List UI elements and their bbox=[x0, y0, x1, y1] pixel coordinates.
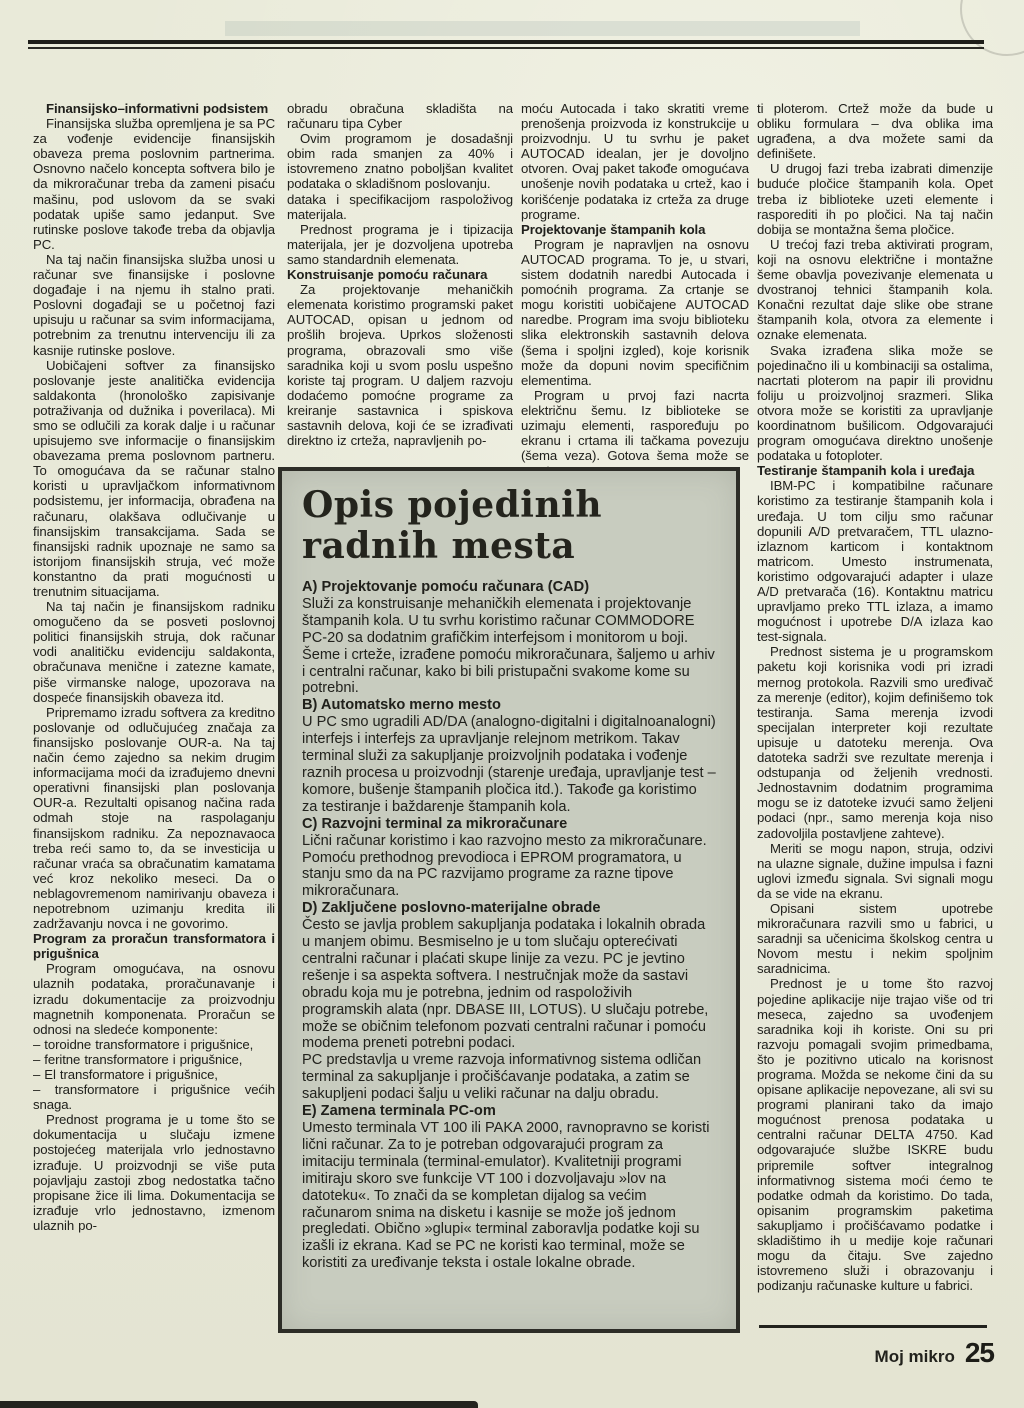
feature-section-heading: B) Automatsko merno mesto bbox=[302, 697, 716, 714]
paragraph: Ovim programom je dosadašnji obim rada s… bbox=[287, 131, 513, 191]
feature-box-section-b: B) Automatsko merno mesto U PC smo ugrad… bbox=[302, 697, 716, 815]
paragraph: ti ploterom. Crtež može da bude u obliku… bbox=[757, 101, 993, 161]
top-rule-thick bbox=[28, 40, 984, 44]
column-3: moću Autocada i tako skratiti vreme pren… bbox=[521, 101, 749, 485]
feature-box-title: Opis pojedinih radnih mesta bbox=[302, 485, 716, 567]
list-item: – toroidne transformatore i prigušnice, bbox=[33, 1037, 275, 1052]
paragraph: Prednost je u tome što razvoj pojedine a… bbox=[757, 976, 993, 1293]
paragraph: Meriti se mogu napon, struja, odzivi na … bbox=[757, 841, 993, 901]
column-4: ti ploterom. Crtež može da bude u obliku… bbox=[757, 101, 993, 1315]
paragraph: Opisani sistem upotrebe mikroračunara ra… bbox=[757, 901, 993, 976]
paragraph: Program omogućava, na osnovu ulaznih pod… bbox=[33, 961, 275, 1036]
feature-section-body: U PC smo ugradili AD/DA (analogno-digita… bbox=[302, 714, 716, 815]
section-heading: Projektovanje štampanih kola bbox=[521, 222, 749, 237]
paragraph: Prednost programa je u tome što se dokum… bbox=[33, 1112, 275, 1233]
paragraph: Za projektovanje mehaničkih elemenata ko… bbox=[287, 282, 513, 448]
paragraph: U drugoj fazi treba izabrati dimenzije b… bbox=[757, 161, 993, 236]
page-number: 25 bbox=[965, 1337, 994, 1369]
column-2: obradu obračuna skladišta na računaru ti… bbox=[287, 101, 513, 473]
feature-section-heading: C) Razvojni terminal za mikroračunare bbox=[302, 816, 716, 833]
paragraph: Svaka izrađena slika može se pojedinačno… bbox=[757, 343, 993, 464]
page-footer: Moj mikro 25 bbox=[875, 1337, 994, 1369]
feature-section-body: Umesto terminala VT 100 ili PAKA 2000, r… bbox=[302, 1120, 716, 1272]
paragraph: Finansijska služba opremljena je sa PC z… bbox=[33, 116, 275, 252]
list-item: – feritne transformatore i prigušnice, bbox=[33, 1052, 275, 1067]
magazine-name: Moj mikro bbox=[875, 1347, 955, 1367]
feature-box-section-d: D) Zaključene poslovno-materijalne obrad… bbox=[302, 900, 716, 1103]
paragraph: U trećoj fazi treba aktivirati program, … bbox=[757, 237, 993, 343]
feature-section-body: PC predstavlja u vreme razvoja informati… bbox=[302, 1052, 716, 1103]
footer-rule bbox=[759, 1325, 987, 1328]
paragraph: IBM-PC i kompatibilne računare koristimo… bbox=[757, 478, 993, 644]
paragraph: Uobičajeni softver za finansijsko poslov… bbox=[33, 358, 275, 600]
list-item: – El transformatore i prigušnice, bbox=[33, 1067, 275, 1082]
column-1: Finansijsko–informativni podsistem Finan… bbox=[33, 101, 275, 1333]
paragraph: Na taj način finansijska služba unosi u … bbox=[33, 252, 275, 358]
feature-box: Opis pojedinih radnih mesta A) Projektov… bbox=[278, 467, 740, 1333]
magazine-page: Finansijsko–informativni podsistem Finan… bbox=[0, 0, 1024, 1408]
feature-box-section-e: E) Zamena terminala PC-om Umesto termina… bbox=[302, 1103, 716, 1272]
feature-box-section-c: C) Razvojni terminal za mikroračunare Li… bbox=[302, 816, 716, 901]
paragraph: Prednost programa je i tipizacija materi… bbox=[287, 222, 513, 267]
top-rule-thin bbox=[28, 47, 984, 49]
section-heading: Testiranje štampanih kola i uređaja bbox=[757, 463, 993, 478]
feature-section-body: Služi za konstruisanje mehaničkih elemen… bbox=[302, 596, 716, 697]
feature-section-body: Lični računar koristimo i kao razvojno m… bbox=[302, 833, 716, 901]
feature-box-section-a: A) Projektovanje pomoću računara (CAD) S… bbox=[302, 579, 716, 697]
paragraph: moću Autocada i tako skratiti vreme pren… bbox=[521, 101, 749, 222]
section-heading: Finansijsko–informativni podsistem bbox=[33, 101, 275, 116]
section-heading: Program za proračun transformatora i pri… bbox=[33, 931, 275, 961]
paragraph: Program je napravljen na osnovu AUTOCAD … bbox=[521, 237, 749, 388]
scan-edge-artifact bbox=[0, 1401, 478, 1408]
paragraph: obradu obračuna skladišta na računaru ti… bbox=[287, 101, 513, 131]
paragraph: Program u prvoj fazi nacrta električnu š… bbox=[521, 388, 749, 479]
feature-section-heading: D) Zaključene poslovno-materijalne obrad… bbox=[302, 900, 716, 917]
paragraph: Pripremamo izradu softvera za kreditno p… bbox=[33, 705, 275, 931]
feature-section-body: Često se javlja problem sakupljanja poda… bbox=[302, 917, 716, 1052]
paragraph: Na taj način je finansijskom radniku omo… bbox=[33, 599, 275, 705]
paragraph: Prednost sistema je u programskom paketu… bbox=[757, 644, 993, 840]
ink-showthrough-band bbox=[225, 21, 860, 36]
list-item: – transformatore i prigušnice većih snag… bbox=[33, 1082, 275, 1112]
paragraph: dataka i specifikacijom raspoloživog mat… bbox=[287, 192, 513, 222]
section-heading: Konstruisanje pomoću računara bbox=[287, 267, 513, 282]
feature-section-heading: A) Projektovanje pomoću računara (CAD) bbox=[302, 579, 716, 596]
feature-section-heading: E) Zamena terminala PC-om bbox=[302, 1103, 716, 1120]
